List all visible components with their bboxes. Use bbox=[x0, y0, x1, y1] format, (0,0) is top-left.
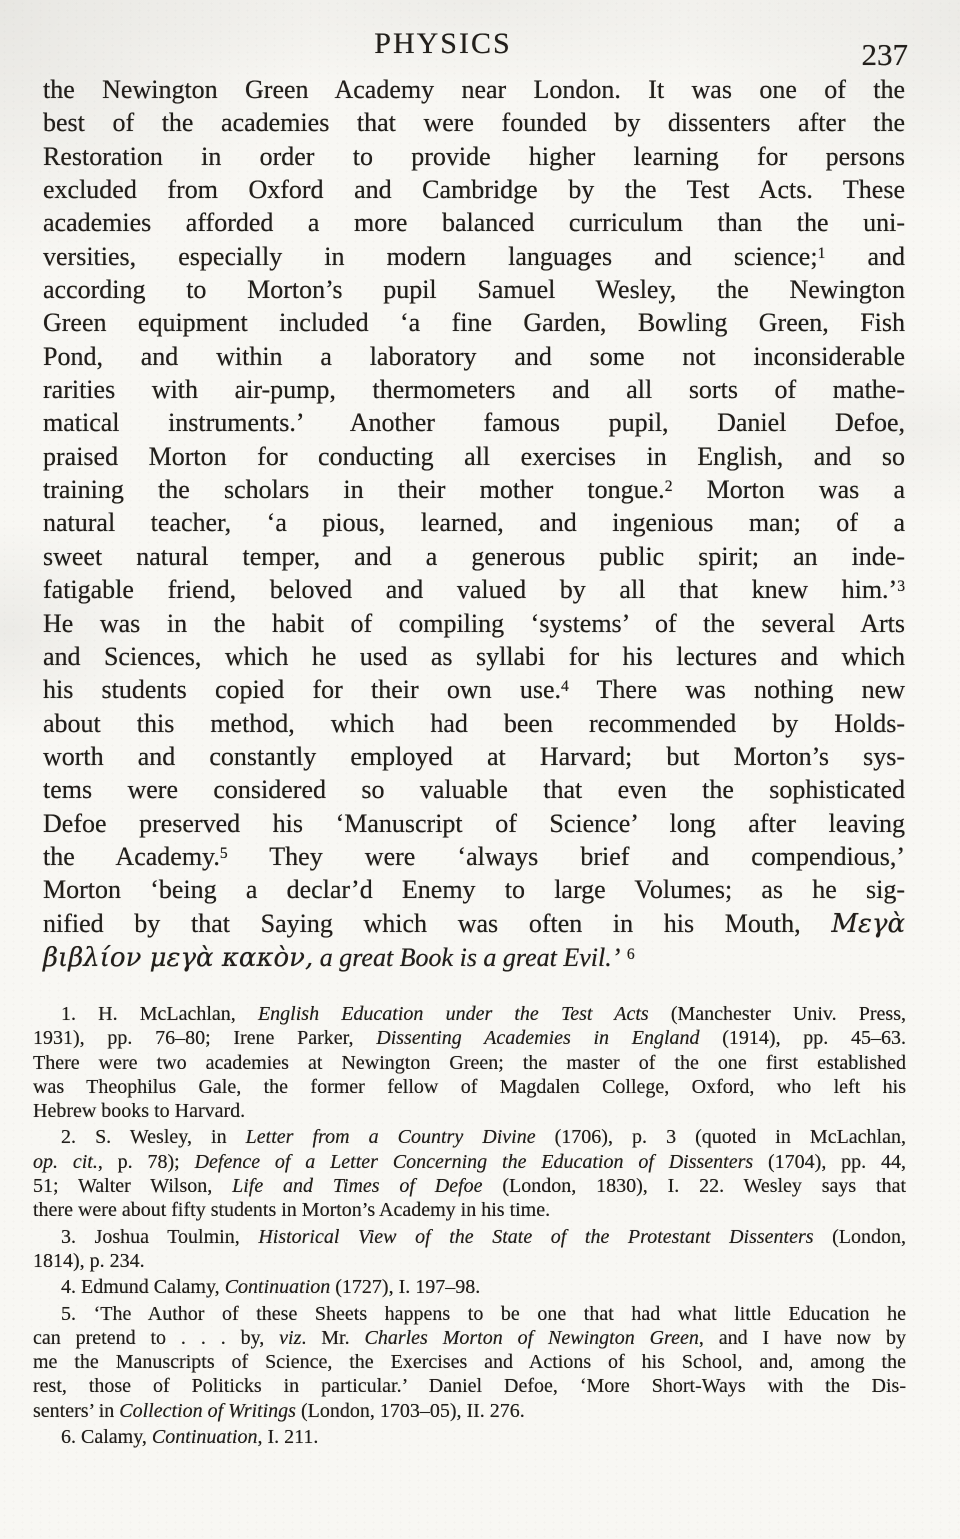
italic-text: English Education under the Test Acts bbox=[258, 1003, 649, 1025]
footnote-marker: 6 bbox=[627, 946, 635, 963]
body-line-6: versities, especially in modern language… bbox=[43, 240, 905, 273]
footnote-marker: 3 bbox=[897, 578, 905, 595]
footnote-5-line-4: rest, those of Politicks in particular.’… bbox=[33, 1374, 906, 1398]
footnote-2: 2. S. Wesley, in Letter from a Country D… bbox=[33, 1125, 906, 1222]
footnotes: 1. H. McLachlan, English Education under… bbox=[33, 1002, 906, 1449]
footnote-5-line-2: can pretend to . . . by, viz. Mr. Charle… bbox=[33, 1326, 906, 1350]
page-title: PHYSICS bbox=[374, 27, 511, 61]
footnote-3: 3. Joshua Toulmin, Historical View of th… bbox=[33, 1225, 906, 1274]
footnote-2-line-1: 2. S. Wesley, in Letter from a Country D… bbox=[33, 1125, 906, 1149]
italic-text: Letter from a Country Divine bbox=[246, 1126, 536, 1148]
footnote-4: 4. Edmund Calamy, Continuation (1727), I… bbox=[33, 1275, 906, 1299]
footnote-6: 6. Calamy, Continuation, I. 211. bbox=[33, 1425, 906, 1449]
body-line-13: training the scholars in their mother to… bbox=[43, 473, 905, 506]
body-line-14: natural teacher, ‘a pious, learned, and … bbox=[43, 506, 905, 539]
footnote-5-line-1: 5. ‘The Author of these Sheets happens t… bbox=[33, 1302, 906, 1326]
footnote-5-line-5: senters’ in Collection of Writings (Lond… bbox=[33, 1399, 906, 1423]
running-header: PHYSICS bbox=[0, 27, 886, 61]
footnote-1-line-2: 1931), pp. 76–80; Irene Parker, Dissenti… bbox=[33, 1026, 906, 1050]
body-line-1: the Newington Green Academy near London.… bbox=[43, 73, 905, 106]
body-line-26: nified by that Saying which was often in… bbox=[43, 907, 905, 941]
footnote-1-line-4: was Theophilus Gale, the former fellow o… bbox=[33, 1075, 906, 1099]
italic-text: Life and Times of Defoe bbox=[232, 1175, 482, 1197]
body-line-18: and Sciences, which he used as syllabi f… bbox=[43, 640, 905, 673]
footnote-2-line-4: there were about fifty students in Morto… bbox=[33, 1198, 906, 1222]
footnote-2-line-3: 51; Walter Wilson, Life and Times of Def… bbox=[33, 1174, 906, 1198]
footnote-5: 5. ‘The Author of these Sheets happens t… bbox=[33, 1302, 906, 1423]
footnote-1-line-1: 1. H. McLachlan, English Education under… bbox=[33, 1002, 906, 1026]
body-line-11: matical instruments.’ Another famous pup… bbox=[43, 406, 905, 439]
italic-text: Defence of a Letter Concerning the Educa… bbox=[195, 1151, 754, 1173]
greek-phrase: Μεγὰ bbox=[831, 909, 905, 939]
book-page-scan: PHYSICS 237 the Newington Green Academy … bbox=[0, 0, 960, 1539]
body-line-22: tems were considered so valuable that ev… bbox=[43, 773, 905, 806]
italic-text: Dissenting Academies in England bbox=[376, 1027, 699, 1049]
footnote-2-line-2: op. cit., p. 78); Defence of a Letter Co… bbox=[33, 1150, 906, 1174]
footnote-4-line-1: 4. Edmund Calamy, Continuation (1727), I… bbox=[33, 1275, 906, 1299]
body-line-4: excluded from Oxford and Cambridge by th… bbox=[43, 173, 905, 206]
body-line-24: the Academy.5 They were ‘always brief an… bbox=[43, 840, 905, 873]
footnote-1-line-3: There were two academies at Newington Gr… bbox=[33, 1051, 906, 1075]
italic-text: a great Book is a great Evil.’ bbox=[320, 943, 621, 972]
body-line-21: worth and constantly employed at Harvard… bbox=[43, 740, 905, 773]
italic-text: op. cit. bbox=[33, 1151, 98, 1173]
footnote-marker: 4 bbox=[561, 678, 569, 695]
page-number: 237 bbox=[862, 37, 909, 73]
footnote-3-line-2: 1814), p. 234. bbox=[33, 1249, 906, 1273]
body-text: the Newington Green Academy near London.… bbox=[43, 73, 905, 975]
body-line-27: βιβλίον μεγὰ κακὸν, a great Book is a gr… bbox=[43, 941, 905, 975]
body-line-3: Restoration in order to provide higher l… bbox=[43, 140, 905, 173]
footnote-marker: 1 bbox=[818, 245, 826, 262]
footnote-1-line-5: Hebrew books to Harvard. bbox=[33, 1099, 906, 1123]
body-line-20: about this method, which had been recomm… bbox=[43, 707, 905, 740]
footnote-marker: 5 bbox=[220, 845, 228, 862]
footnote-1: 1. H. McLachlan, English Education under… bbox=[33, 1002, 906, 1123]
footnote-6-line-1: 6. Calamy, Continuation, I. 211. bbox=[33, 1425, 906, 1449]
italic-text: Continuation bbox=[152, 1426, 258, 1448]
italic-text: Charles Morton of Newington Green bbox=[365, 1327, 699, 1349]
footnote-marker: 2 bbox=[665, 478, 673, 495]
body-line-23: Defoe preserved his ‘Manuscript of Scien… bbox=[43, 807, 905, 840]
body-line-12: praised Morton for conducting all exerci… bbox=[43, 440, 905, 473]
italic-text: Historical View of the State of the Prot… bbox=[258, 1226, 813, 1248]
footnote-3-line-1: 3. Joshua Toulmin, Historical View of th… bbox=[33, 1225, 906, 1249]
italic-text: Collection of Writings bbox=[119, 1400, 296, 1422]
body-line-10: rarities with air-pump, thermometers and… bbox=[43, 373, 905, 406]
body-line-9: Pond, and within a laboratory and some n… bbox=[43, 340, 905, 373]
greek-phrase: βιβλίον μεγὰ κακὸν, bbox=[43, 943, 313, 973]
italic-text: Continuation bbox=[225, 1276, 331, 1298]
body-line-7: according to Morton’s pupil Samuel Wesle… bbox=[43, 273, 905, 306]
body-line-16: fatigable friend, beloved and valued by … bbox=[43, 573, 905, 606]
italic-text: viz bbox=[279, 1327, 301, 1349]
footnote-5-line-3: me the Manuscripts of Science, the Exerc… bbox=[33, 1350, 906, 1374]
body-line-15: sweet natural temper, and a generous pub… bbox=[43, 540, 905, 573]
body-line-5: academies afforded a more balanced curri… bbox=[43, 206, 905, 239]
body-line-8: Green equipment included ‘a fine Garden,… bbox=[43, 306, 905, 339]
body-line-17: He was in the habit of compiling ‘system… bbox=[43, 607, 905, 640]
body-line-2: best of the academies that were founded … bbox=[43, 106, 905, 139]
body-line-25: Morton ‘being a declar’d Enemy to large … bbox=[43, 873, 905, 906]
body-line-19: his students copied for their own use.4 … bbox=[43, 673, 905, 706]
